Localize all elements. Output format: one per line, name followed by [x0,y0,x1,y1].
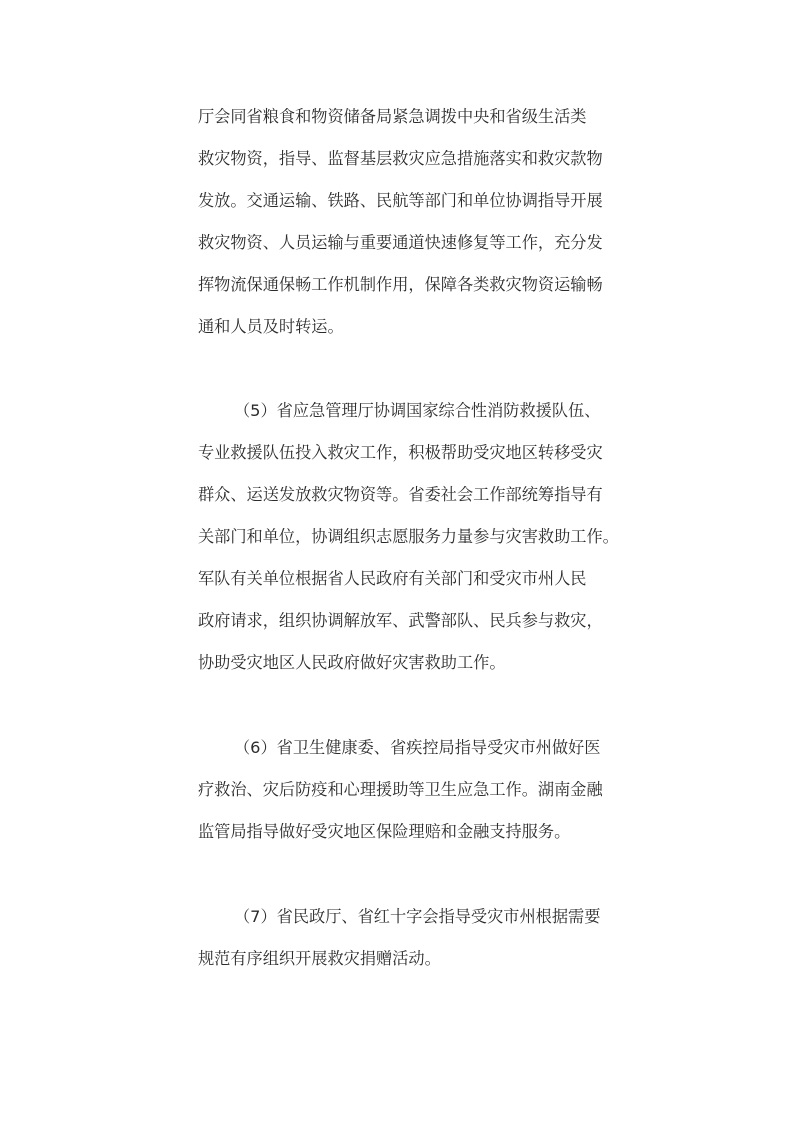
text-line: 规范有序组织开展救灾捐赠活动。 [198,948,441,970]
text-line: （6）省卫生健康委、省疾控局指导受灾市州做好医 [234,737,600,759]
document-page: 厅会同省粮食和物资储备局紧急调拨中央和省级生活类 救灾物资，指导、监督基层救灾应… [0,0,793,1122]
text-line: 监管局指导做好受灾地区保险理赔和金融支持服务。 [198,821,570,843]
text-line: 挥物流保通保畅工作机制作用，保障各类救灾物资运输畅 [198,274,603,296]
text-line: （7）省民政厅、省红十字会指导受灾市州根据需要 [234,906,600,928]
text-line: 群众、运送发放救灾物资等。省委社会工作部统筹指导有 [198,484,603,506]
text-line: 救灾物资、人员运输与重要通道快速修复等工作，充分发 [198,232,603,254]
text-line: 政府请求，组织协调解放军、武警部队、民兵参与救灾， [198,610,603,632]
text-line: 关部门和单位，协调组织志愿服务力量参与灾害救助工作。 [198,526,619,548]
text-line: （5）省应急管理厅协调国家综合性消防救援队伍、 [234,400,600,422]
text-line: 救灾物资，指导、监督基层救灾应急措施落实和救灾款物 [198,148,603,170]
text-line: 通和人员及时转运。 [198,316,344,338]
text-line: 专业救援队伍投入救灾工作，积极帮助受灾地区转移受灾 [198,442,603,464]
text-line: 疗救治、灾后防疫和心理援助等卫生应急工作。湖南金融 [198,779,603,801]
text-line: 军队有关单位根据省人民政府有关部门和受灾市州人民 [198,568,587,590]
text-line: 协助受灾地区人民政府做好灾害救助工作。 [198,652,506,674]
text-line: 发放。交通运输、铁路、民航等部门和单位协调指导开展 [198,190,603,212]
text-line: 厅会同省粮食和物资储备局紧急调拨中央和省级生活类 [198,106,587,128]
